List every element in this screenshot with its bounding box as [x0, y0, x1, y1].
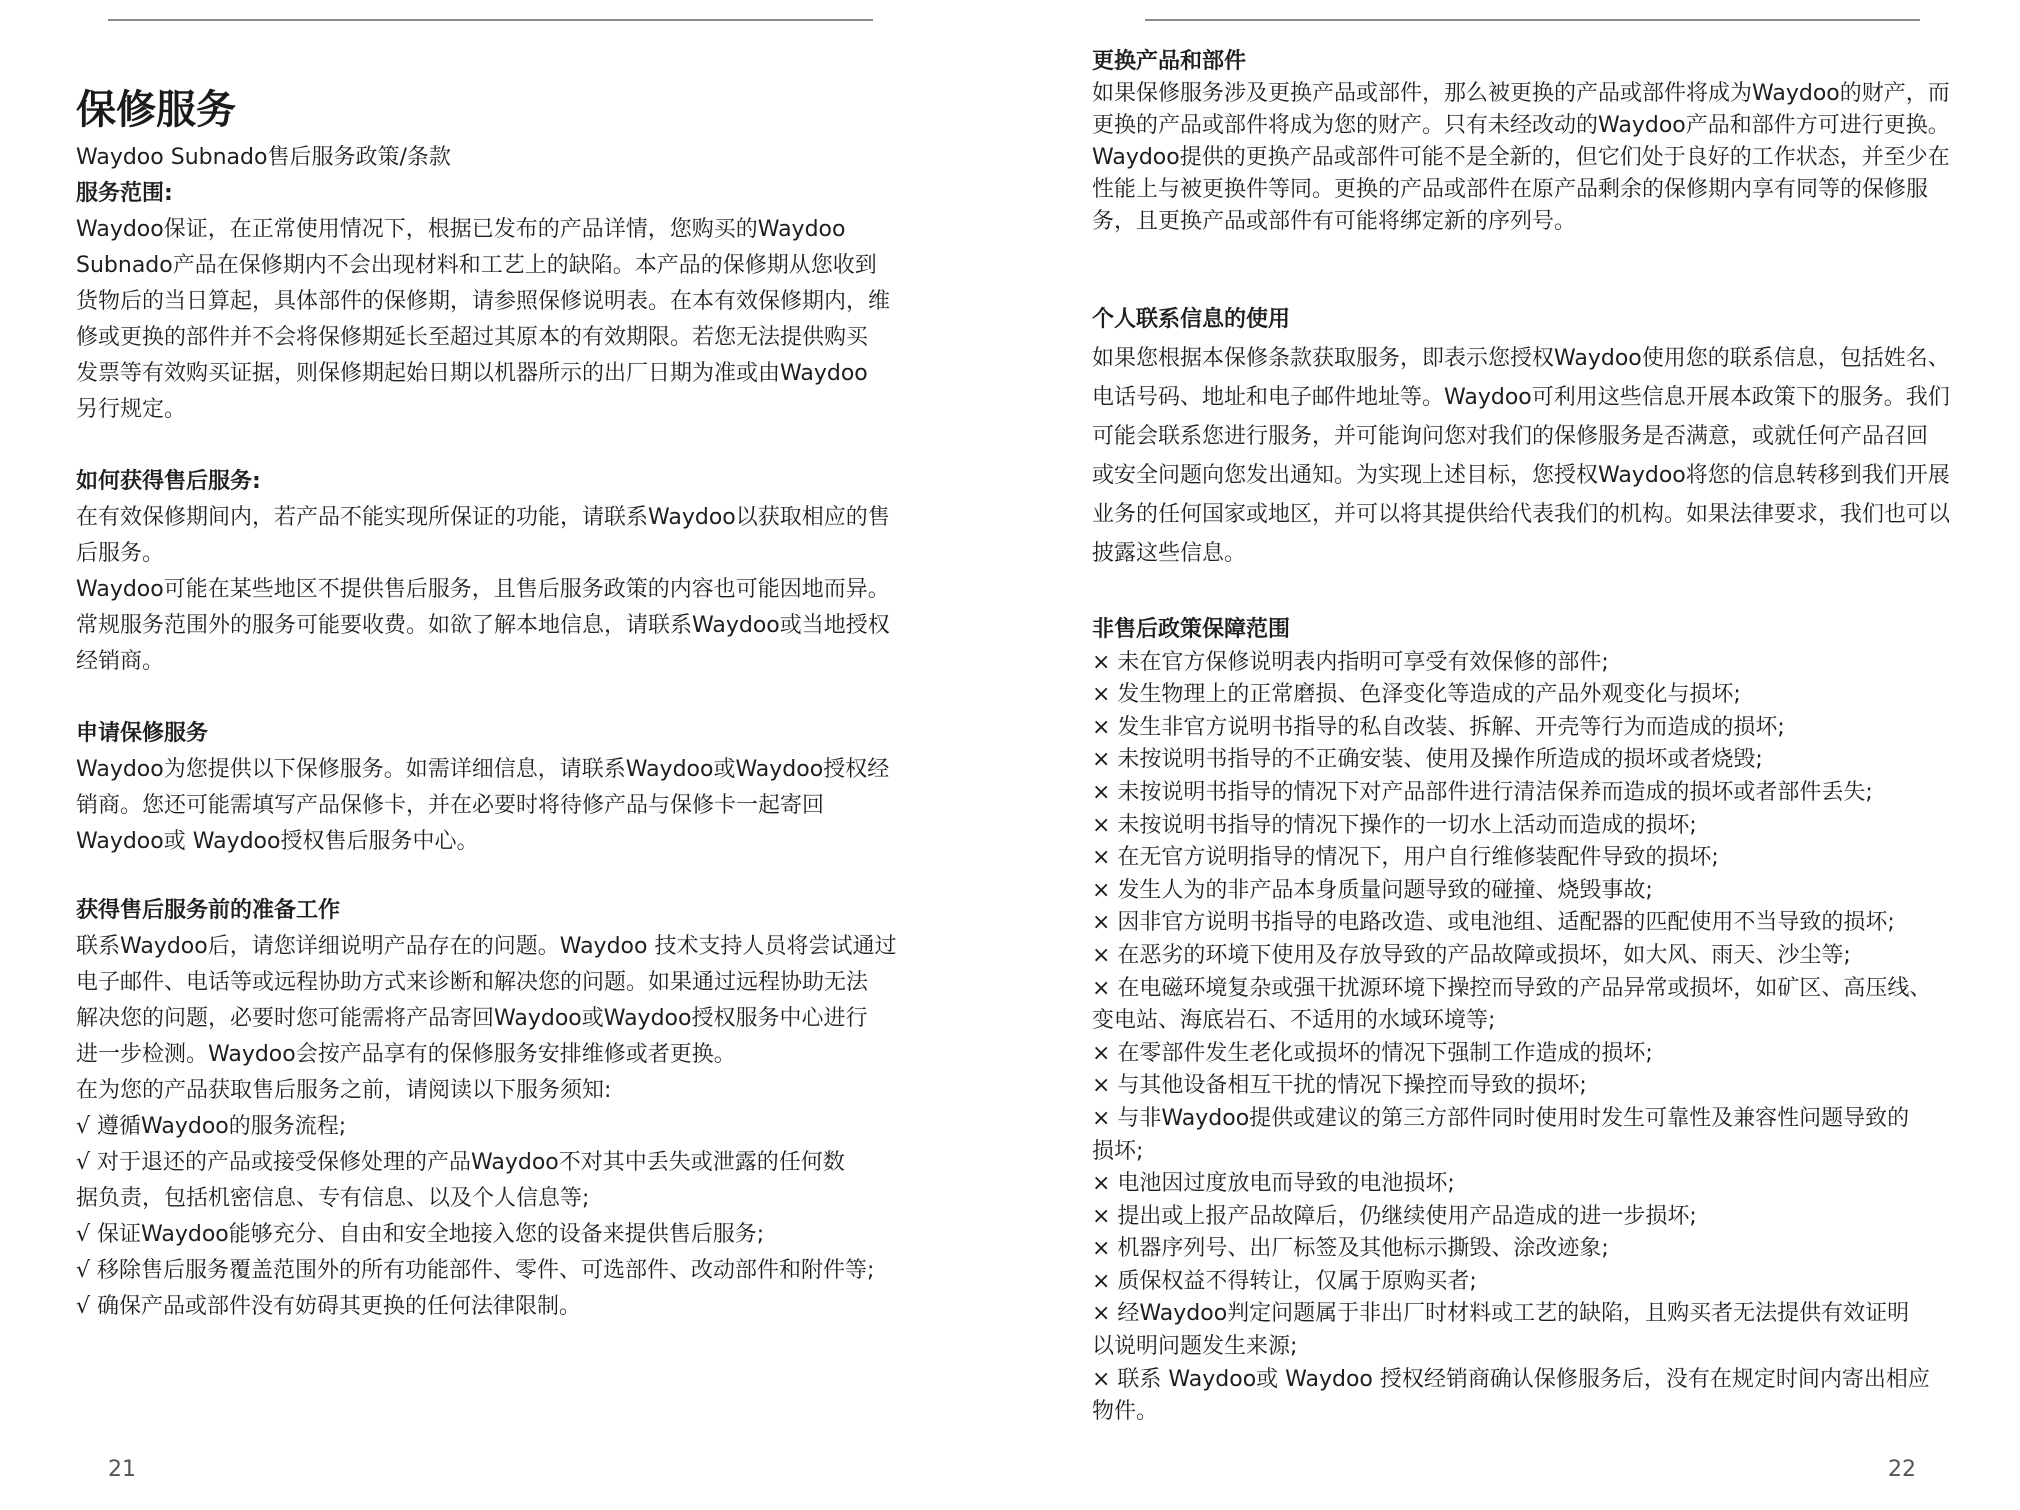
paragraph-line: 如果保修服务涉及更换产品或部件，那么被更换的产品或部件将成为Waydoo的财产，…	[1092, 78, 1950, 110]
paragraph-line: 业务的任何国家或地区，并可以将其提供给代表我们的机构。如果法律要求，我们也可以	[1092, 495, 1950, 534]
exclusion-item-continued: 损坏;	[1092, 1136, 1931, 1169]
exclusion-item: × 与非Waydoo提供或建议的第三方部件同时使用时发生可靠性及兼容性问题导致的	[1092, 1103, 1931, 1136]
section-exclusions: 非售后政策保障范围 × 未在官方保修说明表内指明可享受有效保修的部件; × 发生…	[1092, 614, 1931, 1429]
checklist-item: √ 遵循Waydoo的服务流程;	[76, 1109, 896, 1145]
paragraph-line: 货物后的当日算起，具体部件的保修期，请参照保修说明表。在本有效保修期内，维	[76, 284, 890, 320]
exclusion-item: × 质保权益不得转让，仅属于原购买者;	[1092, 1266, 1931, 1299]
exclusion-item: × 与其他设备相互干扰的情况下操控而导致的损坏;	[1092, 1070, 1931, 1103]
paragraph-line: 披露这些信息。	[1092, 534, 1950, 573]
exclusion-item: × 发生人为的非产品本身质量问题导致的碰撞、烧毁事故;	[1092, 875, 1931, 908]
checklist-item: √ 保证Waydoo能够充分、自由和安全地接入您的设备来提供售后服务;	[76, 1217, 896, 1253]
paragraph-line: 可能会联系您进行服务，并可能询问您对我们的保修服务是否满意，或就任何产品召回	[1092, 417, 1950, 456]
checklist-item: √ 对于退还的产品或接受保修处理的产品Waydoo不对其中丢失或泄露的任何数	[76, 1145, 896, 1181]
exclusion-item: × 在无官方说明指导的情况下，用户自行维修装配件导致的损坏;	[1092, 842, 1931, 875]
paragraph-line: 经销商。	[76, 644, 890, 680]
section-heading: 获得售后服务前的准备工作	[76, 893, 896, 929]
paragraph-line: 电话号码、地址和电子邮件地址等。Waydoo可利用这些信息开展本政策下的服务。我…	[1092, 378, 1950, 417]
paragraph-line: Waydoo提供的更换产品或部件可能不是全新的，但它们处于良好的工作状态，并至少…	[1092, 142, 1950, 174]
paragraph-line: 联系Waydoo后，请您详细说明产品存在的问题。Waydoo 技术支持人员将尝试…	[76, 929, 896, 965]
section-apply-warranty: 申请保修服务 Waydoo为您提供以下保修服务。如需详细信息，请联系Waydoo…	[76, 716, 889, 860]
paragraph-line: 销商。您还可能需填写产品保修卡，并在必要时将待修产品与保修卡一起寄回	[76, 788, 889, 824]
paragraph-line: 电子邮件、电话等或远程协助方式来诊断和解决您的问题。如果通过远程协助无法	[76, 965, 896, 1001]
section-heading: 非售后政策保障范围	[1092, 614, 1931, 647]
paragraph-line: Waydoo或 Waydoo授权售后服务中心。	[76, 824, 889, 860]
page-title: 保修服务	[76, 78, 236, 135]
paragraph-line: 务，且更换产品或部件有可能将绑定新的序列号。	[1092, 206, 1950, 238]
paragraph-line: 在为您的产品获取售后服务之前，请阅读以下服务须知:	[76, 1073, 896, 1109]
section-heading: 如何获得售后服务:	[76, 464, 890, 500]
exclusion-item: × 联系 Waydoo或 Waydoo 授权经销商确认保修服务后，没有在规定时间…	[1092, 1364, 1931, 1397]
paragraph-line: 修或更换的部件并不会将保修期延长至超过其原本的有效期限。若您无法提供购买	[76, 320, 890, 356]
page-number-right: 22	[1888, 1457, 1916, 1482]
paragraph-line: 或安全问题向您发出通知。为实现上述目标，您授权Waydoo将您的信息转移到我们开…	[1092, 456, 1950, 495]
section-heading: 服务范围:	[76, 176, 890, 212]
paragraph-line: 另行规定。	[76, 392, 890, 428]
exclusion-item: × 未按说明书指导的情况下对产品部件进行清洁保养而造成的损坏或者部件丢失;	[1092, 777, 1931, 810]
exclusion-item: × 因非官方说明书指导的电路改造、或电池组、适配器的匹配使用不当导致的损坏;	[1092, 907, 1931, 940]
paragraph-line: 在有效保修期间内，若产品不能实现所保证的功能，请联系Waydoo以获取相应的售	[76, 500, 890, 536]
checklist-item-continued: 据负责，包括机密信息、专有信息、以及个人信息等;	[76, 1181, 896, 1217]
section-preparation: 获得售后服务前的准备工作 联系Waydoo后，请您详细说明产品存在的问题。Way…	[76, 893, 896, 1325]
checklist-item: √ 确保产品或部件没有妨碍其更换的任何法律限制。	[76, 1289, 896, 1325]
exclusion-item: × 经Waydoo判定问题属于非出厂时材料或工艺的缺陷，且购买者无法提供有效证明	[1092, 1298, 1931, 1331]
exclusion-item: × 在电磁环境复杂或强干扰源环境下操控而导致的产品异常或损坏，如矿区、高压线、	[1092, 973, 1931, 1006]
paragraph-line: Waydoo为您提供以下保修服务。如需详细信息，请联系Waydoo或Waydoo…	[76, 752, 889, 788]
exclusion-item: × 机器序列号、出厂标签及其他标示撕毁、涂改迹象;	[1092, 1233, 1931, 1266]
paragraph-line: 进一步检测。Waydoo会按产品享有的保修服务安排维修或者更换。	[76, 1037, 896, 1073]
paragraph-line: 常规服务范围外的服务可能要收费。如欲了解本地信息，请联系Waydoo或当地授权	[76, 608, 890, 644]
exclusion-item: × 未按说明书指导的情况下操作的一切水上活动而造成的损坏;	[1092, 810, 1931, 843]
paragraph-line: 发票等有效购买证据，则保修期起始日期以机器所示的出厂日期为准或由Waydoo	[76, 356, 890, 392]
paragraph-line: 后服务。	[76, 536, 890, 572]
section-personal-info: 个人联系信息的使用 如果您根据本保修条款获取服务，即表示您授权Waydoo使用您…	[1092, 300, 1950, 573]
exclusion-item: × 发生非官方说明书指导的私自改装、拆解、开壳等行为而造成的损坏;	[1092, 712, 1931, 745]
exclusion-item-continued: 物件。	[1092, 1396, 1931, 1429]
right-header-rule	[1145, 19, 1920, 21]
paragraph-line: 如果您根据本保修条款获取服务，即表示您授权Waydoo使用您的联系信息，包括姓名…	[1092, 339, 1950, 378]
exclusion-item: × 电池因过度放电而导致的电池损坏;	[1092, 1168, 1931, 1201]
page-subtitle: Waydoo Subnado售后服务政策/条款	[76, 140, 451, 171]
section-heading: 申请保修服务	[76, 716, 889, 752]
paragraph-line: 更换的产品或部件将成为您的财产。只有未经改动的Waydoo产品和部件方可进行更换…	[1092, 110, 1950, 142]
exclusion-item: × 提出或上报产品故障后，仍继续使用产品造成的进一步损坏;	[1092, 1201, 1931, 1234]
section-heading: 个人联系信息的使用	[1092, 300, 1950, 339]
section-how-to-get-service: 如何获得售后服务: 在有效保修期间内，若产品不能实现所保证的功能，请联系Wayd…	[76, 464, 890, 680]
page-number-left: 21	[108, 1457, 136, 1482]
exclusion-item: × 在零部件发生老化或损坏的情况下强制工作造成的损坏;	[1092, 1038, 1931, 1071]
paragraph-line: 性能上与被更换件等同。更换的产品或部件在原产品剩余的保修期内享有同等的保修服	[1092, 174, 1950, 206]
paragraph-line: Subnado产品在保修期内不会出现材料和工艺上的缺陷。本产品的保修期从您收到	[76, 248, 890, 284]
section-heading: 更换产品和部件	[1092, 46, 1950, 78]
exclusion-item-continued: 以说明问题发生来源;	[1092, 1331, 1931, 1364]
paragraph-line: Waydoo可能在某些地区不提供售后服务，且售后服务政策的内容也可能因地而异。	[76, 572, 890, 608]
exclusion-item: × 在恶劣的环境下使用及存放导致的产品故障或损坏，如大风、雨天、沙尘等;	[1092, 940, 1931, 973]
exclusion-item: × 未按说明书指导的不正确安装、使用及操作所造成的损坏或者烧毁;	[1092, 744, 1931, 777]
exclusion-item: × 发生物理上的正常磨损、色泽变化等造成的产品外观变化与损坏;	[1092, 679, 1931, 712]
paragraph-line: Waydoo保证，在正常使用情况下，根据已发布的产品详情，您购买的Waydoo	[76, 212, 890, 248]
section-service-scope: 服务范围: Waydoo保证，在正常使用情况下，根据已发布的产品详情，您购买的W…	[76, 176, 890, 428]
section-replacement: 更换产品和部件 如果保修服务涉及更换产品或部件，那么被更换的产品或部件将成为Wa…	[1092, 46, 1950, 238]
paragraph-line: 解决您的问题，必要时您可能需将产品寄回Waydoo或Waydoo授权服务中心进行	[76, 1001, 896, 1037]
exclusion-item-continued: 变电站、海底岩石、不适用的水域环境等;	[1092, 1005, 1931, 1038]
exclusion-item: × 未在官方保修说明表内指明可享受有效保修的部件;	[1092, 647, 1931, 680]
left-header-rule	[108, 19, 873, 21]
checklist-item: √ 移除售后服务覆盖范围外的所有功能部件、零件、可选部件、改动部件和附件等;	[76, 1253, 896, 1289]
